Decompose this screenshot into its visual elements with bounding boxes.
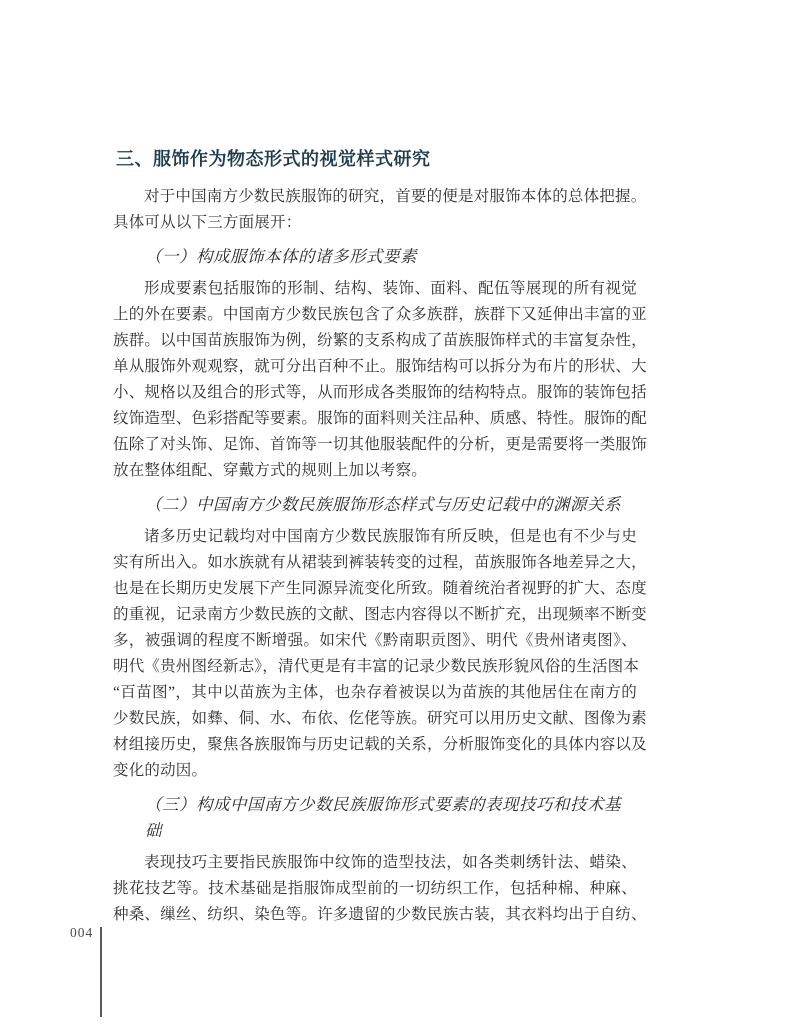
text-line: 材组接历史，聚焦各族服饰与历史记载的关系，分析服饰变化的具体内容以及: [113, 732, 637, 758]
text-line: 小、规格以及组合的形式等，从而形成各类服饰的结构特点。服饰的装饰包括: [113, 380, 637, 406]
text-line: 挑花技艺等。技术基础是指服饰成型前的一切纺织工作，包括种棉、种麻、: [113, 876, 637, 902]
text-line: 形成要素包括服饰的形制、结构、装饰、面料、配伍等展现的所有视觉: [113, 276, 637, 302]
paragraph-3: 表现技巧主要指民族服饰中纹饰的造型技法，如各类刺绣针法、蜡染、 挑花技艺等。技术…: [113, 850, 637, 928]
subsection-heading-1: （一）构成服饰本体的诸多形式要素: [113, 244, 637, 270]
page-number: 004: [70, 925, 96, 941]
text-line: 变化的动因。: [113, 758, 637, 784]
text-line: 诸多历史记载均对中国南方少数民族服饰有所反映，但是也有不少与史: [113, 524, 637, 550]
text-line: “百苗图”，其中以苗族为主体，也杂存着被误以为苗族的其他居住在南方的: [113, 680, 637, 706]
text-line: 族群。以中国苗族服饰为例，纷繁的支系构成了苗族服饰样式的丰富复杂性，: [113, 328, 637, 354]
text-line: 上的外在要素。中国南方少数民族包含了众多族群，族群下又延伸出丰富的亚: [113, 302, 637, 328]
chapter-heading: 三、服饰作为物态形式的视觉样式研究: [113, 146, 637, 172]
subsection-heading-2: （二）中国南方少数民族服饰形态样式与历史记载中的渊源关系: [113, 492, 637, 518]
subsection-heading-3: （三）构成中国南方少数民族服饰形式要素的表现技巧和技术基础: [113, 792, 637, 844]
text-line: 种桑、缫丝、纺织、染色等。许多遗留的少数民族古装，其衣料均出于自纺、: [113, 902, 637, 928]
book-page: 三、服饰作为物态形式的视觉样式研究 对于中国南方少数民族服饰的研究，首要的便是对…: [0, 0, 800, 1035]
text-line: 伍除了对头饰、足饰、首饰等一切其他服装配件的分析，更是需要将一类服饰: [113, 432, 637, 458]
text-line: 的重视，记录南方少数民族的文献、图志内容得以不断扩充，出现频率不断变: [113, 602, 637, 628]
text-line: 多，被强调的程度不断增强。如宋代《黔南职贡图》、明代《贵州诸夷图》、: [113, 628, 637, 654]
text-line: 少数民族，如彝、侗、水、布依、仡佬等族。研究可以用历史文献、图像为素: [113, 706, 637, 732]
text-line: 对于中国南方少数民族服饰的研究，首要的便是对服饰本体的总体把握。: [113, 184, 637, 210]
text-line: 表现技巧主要指民族服饰中纹饰的造型技法，如各类刺绣针法、蜡染、: [113, 850, 637, 876]
text-line: 单从服饰外观观察，就可分出百种不止。服饰结构可以拆分为布片的形状、大: [113, 354, 637, 380]
footer-rule: [100, 927, 102, 1017]
page-content: 三、服饰作为物态形式的视觉样式研究 对于中国南方少数民族服饰的研究，首要的便是对…: [113, 0, 637, 928]
paragraph-2: 诸多历史记载均对中国南方少数民族服饰有所反映，但是也有不少与史 实有所出入。如水…: [113, 524, 637, 784]
text-line: 实有所出入。如水族就有从裙装到裤装转变的过程，苗族服饰各地差异之大，: [113, 550, 637, 576]
intro-paragraph: 对于中国南方少数民族服饰的研究，首要的便是对服饰本体的总体把握。 具体可从以下三…: [113, 184, 637, 236]
text-line: 放在整体组配、穿戴方式的规则上加以考察。: [113, 458, 637, 484]
text-line: 明代《贵州图经新志》，清代更是有丰富的记录少数民族形貌风俗的生活图本: [113, 654, 637, 680]
paragraph-1: 形成要素包括服饰的形制、结构、装饰、面料、配伍等展现的所有视觉 上的外在要素。中…: [113, 276, 637, 484]
text-line: 也是在长期历史发展下产生同源异流变化所致。随着统治者视野的扩大、态度: [113, 576, 637, 602]
text-line: 具体可从以下三方面展开：: [113, 210, 637, 236]
text-line: 纹饰造型、色彩搭配等要素。服饰的面料则关注品种、质感、特性。服饰的配: [113, 406, 637, 432]
